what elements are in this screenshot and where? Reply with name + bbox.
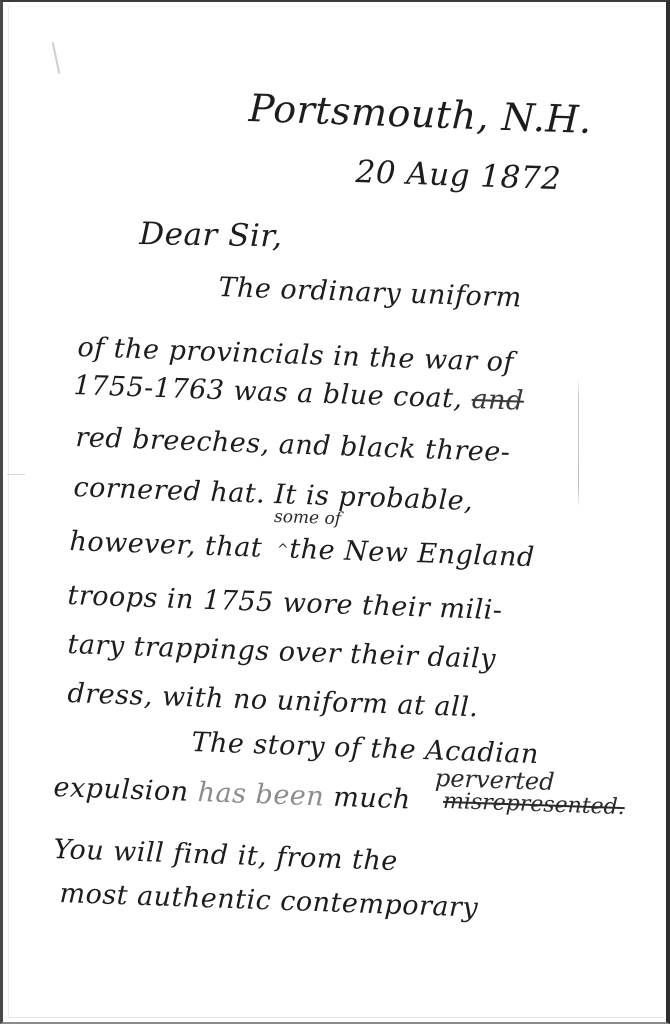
margin-mark [7, 474, 25, 475]
insertion-some-of: some of [274, 507, 342, 529]
salutation: Dear Sir, [139, 216, 283, 254]
struck-word: and [471, 384, 524, 417]
letter-date: 20 Aug 1872 [355, 154, 562, 197]
body-line-11-before: expulsion [53, 772, 189, 808]
body-line-11-after: much [333, 782, 412, 816]
body-line-11-faded: has been [197, 777, 325, 812]
letter-page: Portsmouth, N.H. 20 Aug 1872 Dear Sir, T… [0, 0, 670, 1024]
margin-rule [578, 377, 579, 507]
